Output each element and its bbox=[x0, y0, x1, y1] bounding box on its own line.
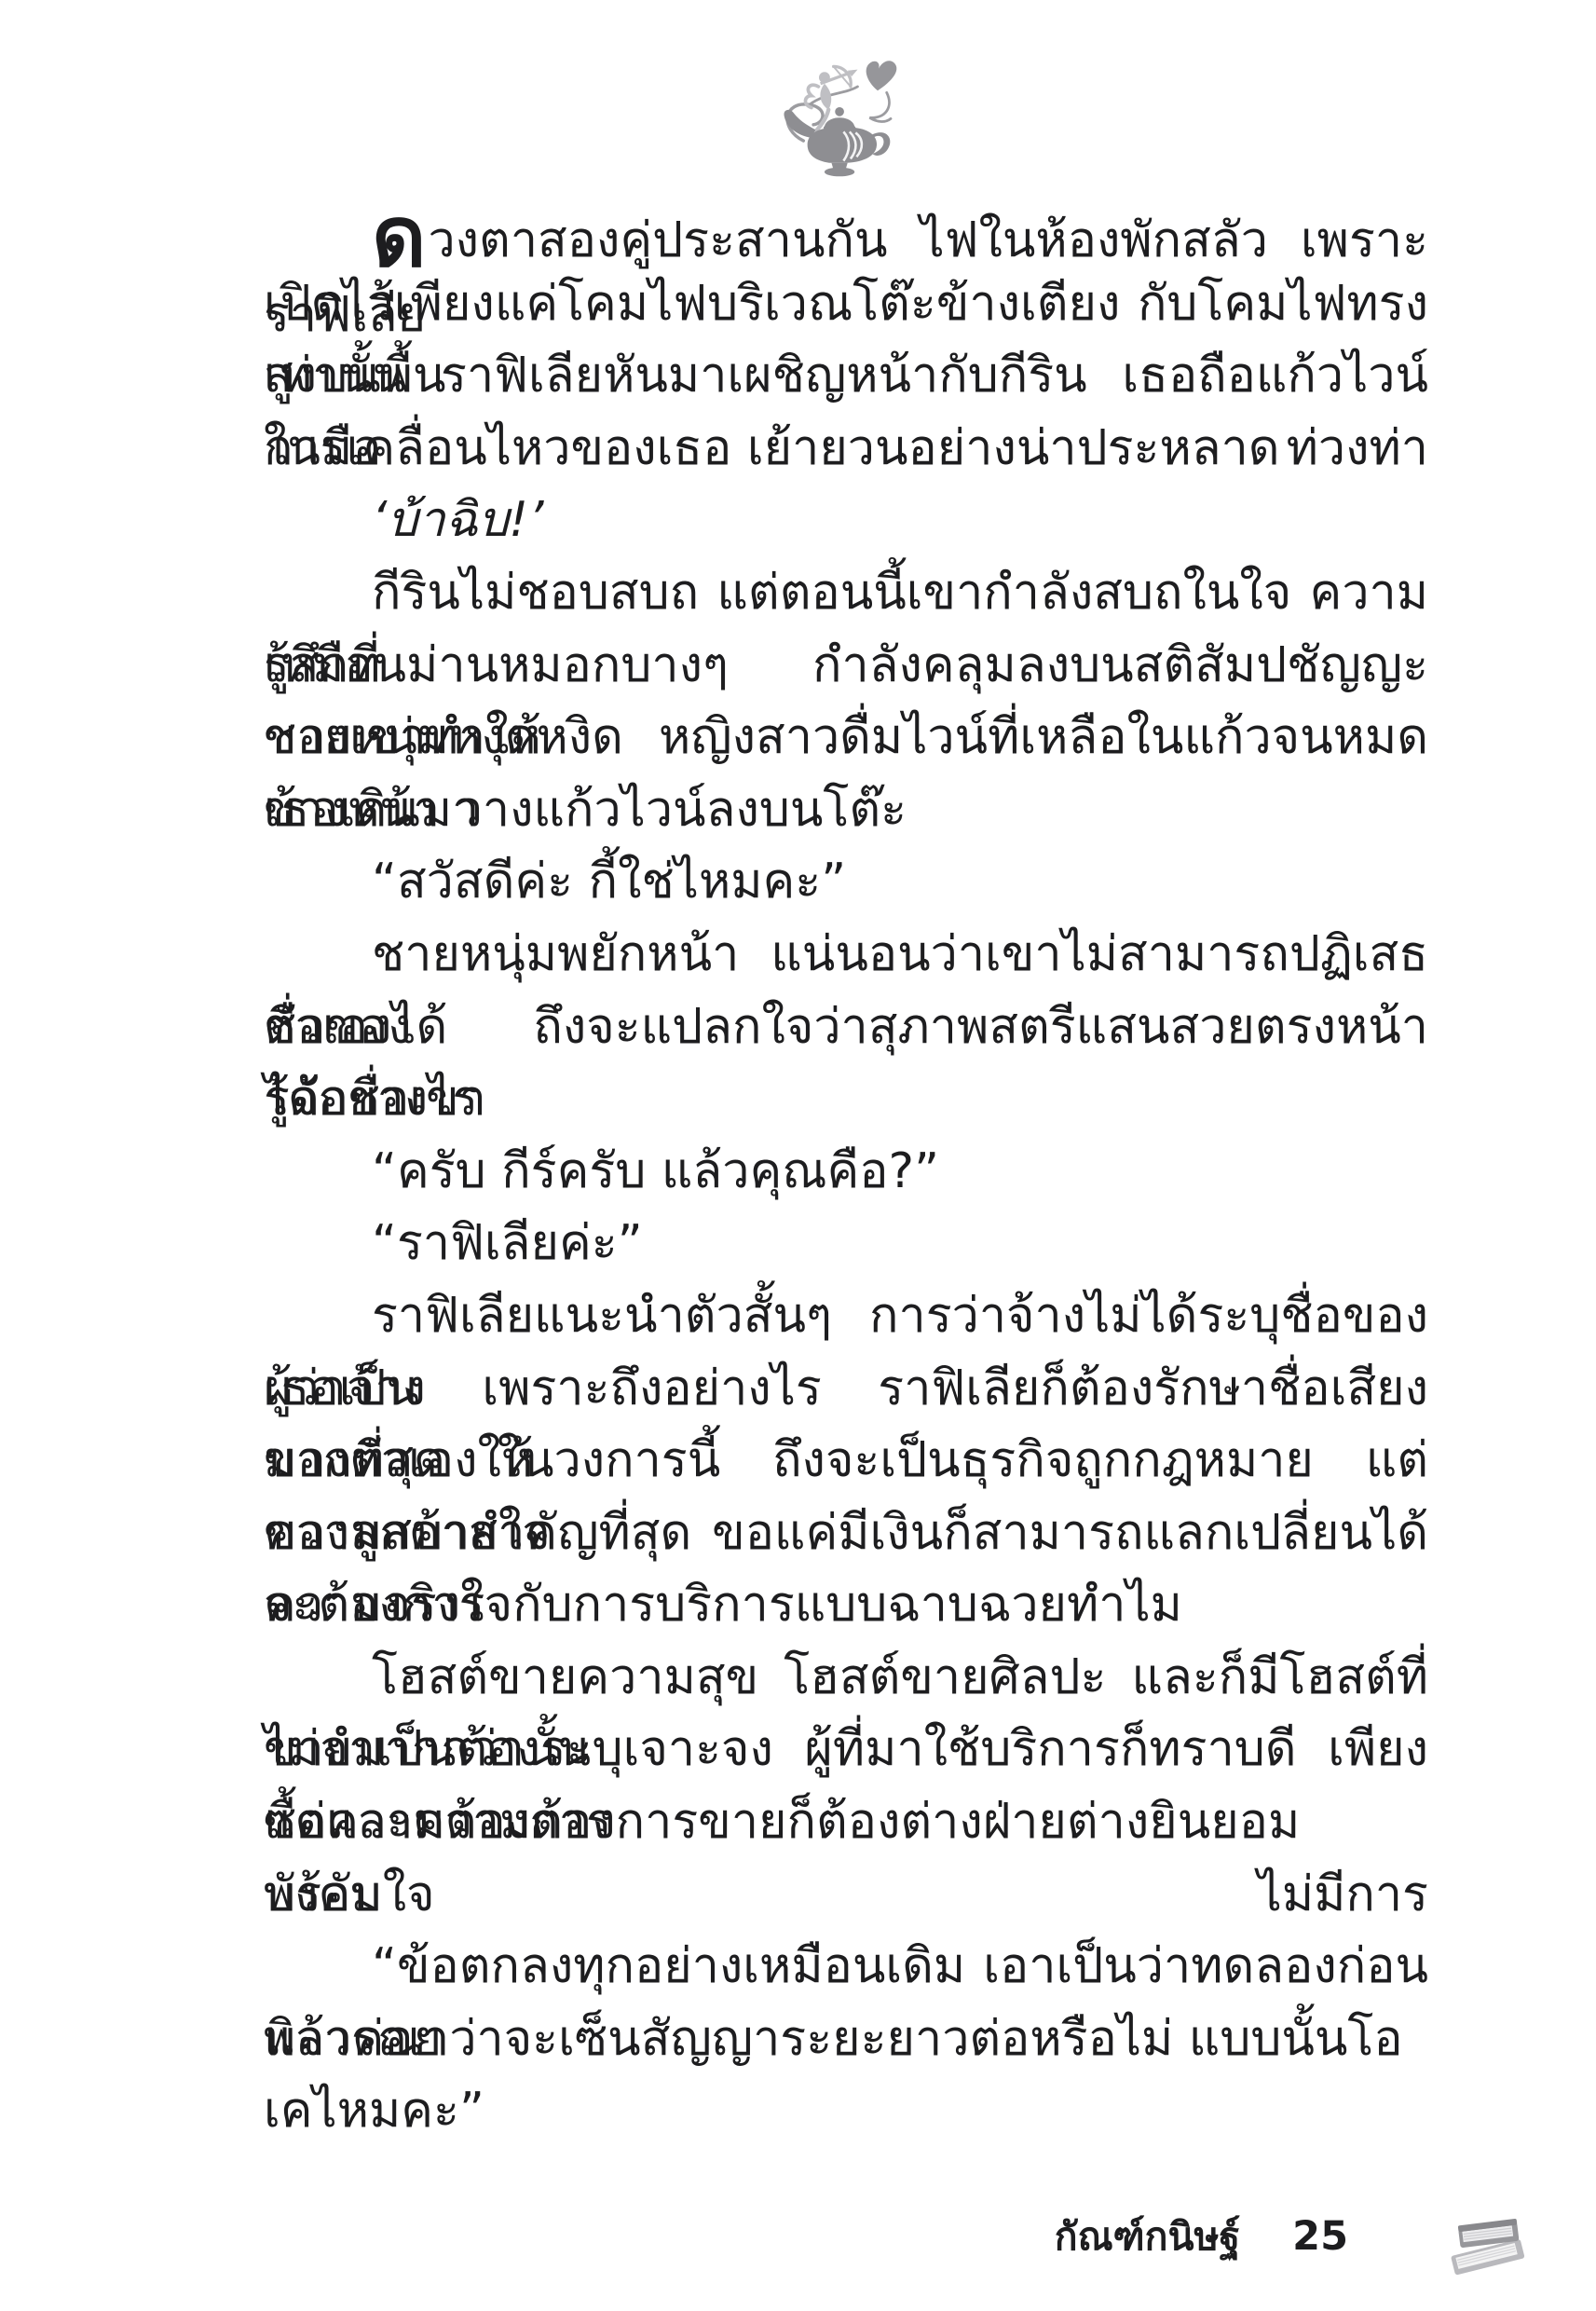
footer-author: กัณฑ์กนิษฐ์ bbox=[1055, 2205, 1240, 2268]
text-line: ไม่จำเป็นต้องระบุเจาะจง ผู้ที่มาใช้บริกา… bbox=[264, 1714, 1428, 1786]
text-line: “สวัสดีค่ะ กี้ใช่ไหมคะ” bbox=[264, 846, 1428, 919]
paragraph: “สวัสดีค่ะ กี้ใช่ไหมคะ” bbox=[264, 846, 1428, 919]
paragraph: “ครับ กีร์ครับ แล้วคุณคือ?” bbox=[264, 1136, 1428, 1209]
text-line: ‘บ้าฉิบ!’ bbox=[264, 485, 1428, 557]
text-line: มากที่สุด ในวงการนี้ ถึงจะเป็นธุรกิจถูกก… bbox=[264, 1425, 1428, 1497]
text-line: ซื้อและความต้องการขายก็ต้องต่างฝ่ายต่างย… bbox=[264, 1786, 1428, 1859]
paragraph: ราฟิเลียแนะนำตัวสั้นๆ การว่าจ้างไม่ได้ระ… bbox=[264, 1280, 1428, 1642]
text-line: ชายหนุ่มหงุดหงิด หญิงสาวดื่มไวน์ที่เหลือ… bbox=[264, 702, 1428, 774]
paragraph: ‘บ้าฉิบ!’ bbox=[264, 485, 1428, 557]
paragraph: กีรินไม่ชอบสบถ แต่ตอนนี้เขากำลังสบถในใจ … bbox=[264, 557, 1428, 846]
text-line: ผู้ว่าจ้าง เพราะถึงอย่างไร ราฟิเลียก็ต้อ… bbox=[264, 1353, 1428, 1426]
text-line: ดวงตาสองคู่ประสานกัน ไฟในห้องพักสลัว เพร… bbox=[264, 196, 1428, 268]
paragraph: ชายหนุ่มพยักหน้า แน่นอนว่าเขาไม่สามารถปฏ… bbox=[264, 919, 1428, 1136]
page-text: ดวงตาสองคู่ประสานกัน ไฟในห้องพักสลัว เพร… bbox=[264, 196, 1428, 2075]
text-line: เปิดไว้เพียงแค่โคมไฟบริเวณโต๊ะข้างเตียง … bbox=[264, 268, 1428, 341]
page-footer: กัณฑ์กนิษฐ์ 25 bbox=[1055, 2205, 1535, 2294]
text-line: ข้างหน้า วางแก้วไวน์ลงบนโต๊ะ bbox=[264, 774, 1428, 847]
text-line: ของลูกค้าสำคัญที่สุด ขอแค่มีเงินก็สามารถ… bbox=[264, 1497, 1428, 1570]
text-line: พิจารณาว่าจะเซ็นสัญญาระยะยาวต่อหรือไม่ แ… bbox=[264, 2003, 1428, 2076]
text-line: การเคลื่อนไหวของเธอ เย้ายวนอย่างน่าประหล… bbox=[264, 413, 1428, 485]
text-line: เท่านั้น ราฟิเลียหันมาเผชิญหน้ากับกีริน … bbox=[264, 340, 1428, 413]
text-line: “ข้อตกลงทุกอย่างเหมือนเดิม เอาเป็นว่าทดล… bbox=[264, 1931, 1428, 2003]
text-line: ราฟิเลียแนะนำตัวสั้นๆ การว่าจ้างไม่ได้ระ… bbox=[264, 1280, 1428, 1353]
book-page: ดวงตาสองคู่ประสานกัน ไฟในห้องพักสลัว เพร… bbox=[0, 0, 1596, 2311]
ornament-svg bbox=[773, 48, 904, 179]
paragraph: ดวงตาสองคู่ประสานกัน ไฟในห้องพักสลัว เพร… bbox=[264, 196, 1428, 485]
text-line: โฮสต์ขายความสุข โฮสต์ขายศิลปะ และก็มีโฮส… bbox=[264, 1642, 1428, 1715]
books-icon bbox=[1445, 2205, 1535, 2292]
text-line: กีรินไม่ชอบสบถ แต่ตอนนี้เขากำลังสบถในใจ … bbox=[264, 557, 1428, 630]
paragraph: โฮสต์ขายความสุข โฮสต์ขายศิลปะ และก็มีโฮส… bbox=[264, 1642, 1428, 1931]
genie-lamp-cupid-heart-icon bbox=[773, 48, 904, 179]
text-line: ตัวเองได้ ถึงจะแปลกใจว่าสุภาพสตรีแสนสวยต… bbox=[264, 991, 1428, 1064]
paragraph: “ราฟิเลียค่ะ” bbox=[264, 1208, 1428, 1280]
text-line: “ครับ กีร์ครับ แล้วคุณคือ?” bbox=[264, 1136, 1428, 1209]
text-line: ได้อย่างไร bbox=[264, 1063, 1428, 1136]
text-line: “ราฟิเลียค่ะ” bbox=[264, 1208, 1428, 1280]
paragraph: “ข้อตกลงทุกอย่างเหมือนเดิม เอาเป็นว่าทดล… bbox=[264, 1931, 1428, 2075]
text-line: ชายหนุ่มพยักหน้า แน่นอนว่าเขาไม่สามารถปฏ… bbox=[264, 919, 1428, 991]
footer-page-number: 25 bbox=[1292, 2205, 1348, 2268]
text-line: เหมือนม่านหมอกบางๆ กำลังคลุมลงบนสติสัมปช… bbox=[264, 630, 1428, 703]
text-line: ความจริงใจกับการบริการแบบฉาบฉวยทำไม bbox=[264, 1569, 1428, 1642]
